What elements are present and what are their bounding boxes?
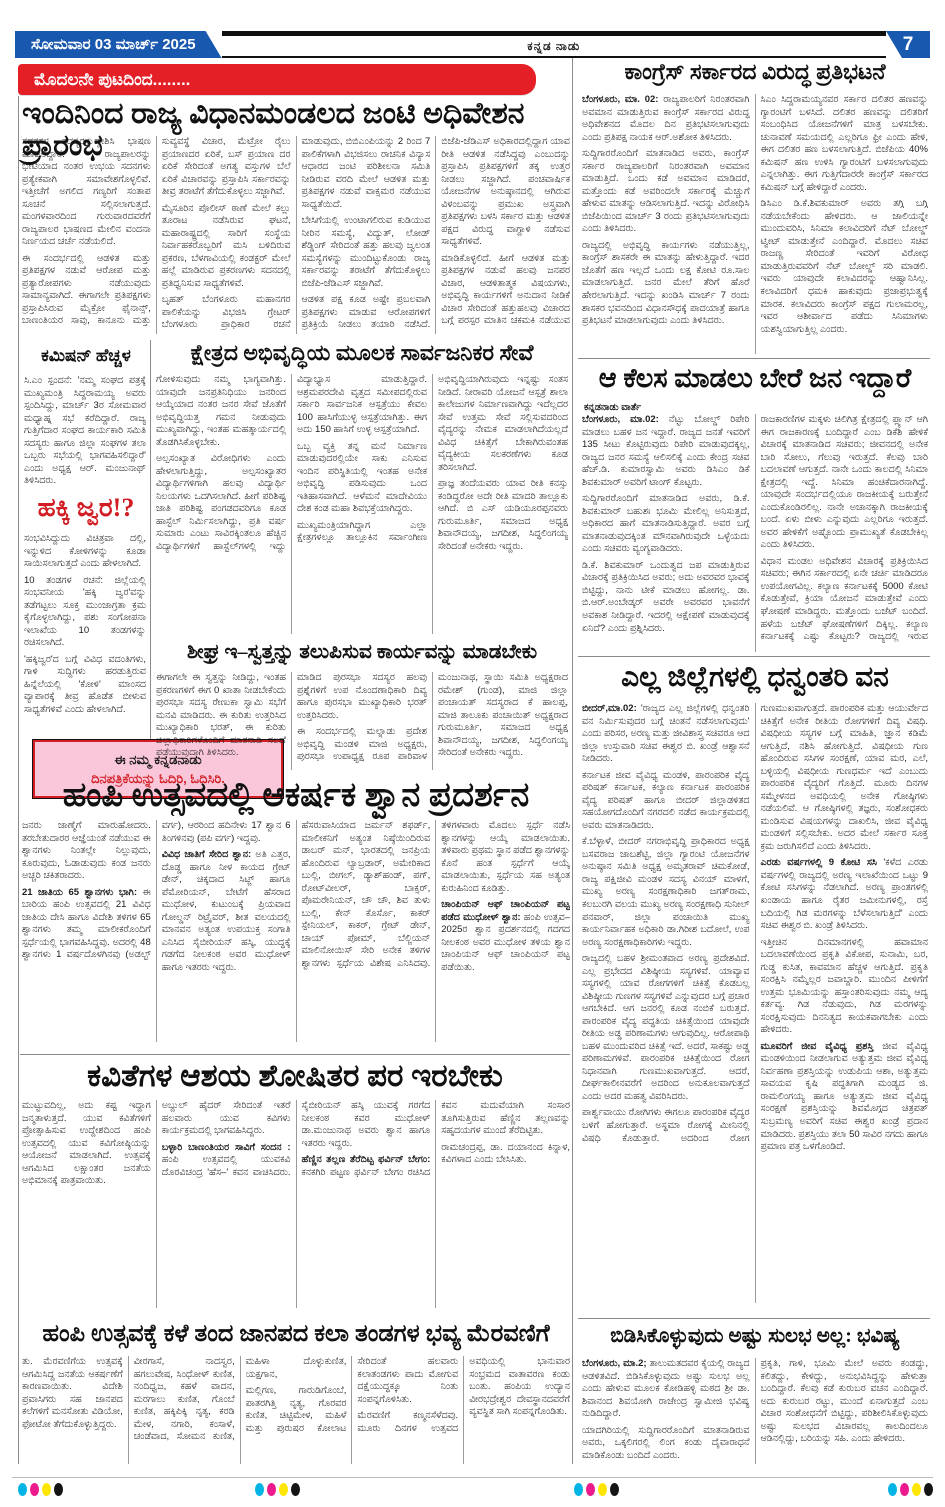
dhanvantari-top-rule (578, 656, 930, 657)
paper-name: ಕನ್ನಡ ನಾಡು (527, 39, 580, 54)
newspaper-page: ಸೋಮವಾರ 03 ಮಾರ್ಚ್ 2025 ಕನ್ನಡ ನಾಡು 7 ಮೊದಲನ… (0, 0, 945, 1507)
procession-body: ತು. ಮೆರವಣಿಗೆಯ ಉತ್ಸವಕ್ಕೆ ಆಗಮಿಸಿದ್ದ ಜನತೆಯ … (22, 1356, 570, 1464)
registration-dot (888, 1483, 897, 1496)
prophecy-top-rule (578, 1318, 930, 1319)
registration-marks-3 (574, 1483, 619, 1496)
other-people-top-rule (578, 358, 930, 359)
registration-dot (291, 1483, 300, 1496)
dog-show-headline: ಹಂಪಿ ಉತ್ಸವದಲ್ಲಿ ಆಕರ್ಷಕ ಶ್ವಾನ ಪ್ರದರ್ಶನ (24, 778, 568, 814)
commission-headline: ಕಮಿಷನ್ ಹೆಚ್ಚಳ (24, 347, 148, 365)
registration-dot (912, 1483, 921, 1496)
registration-dot (267, 1483, 276, 1496)
kshetra-headline: ಕ್ಷೇತ್ರದ ಅಭಿವೃದ್ಧಿಯ ಮೂಲಕ ಸಾರ್ವಜನಿಕರ ಸೇವೆ (156, 341, 568, 364)
registration-dot (18, 1483, 27, 1496)
dhanvantari-body: ಬೀದರ್,ಮಾ.02: 'ರಾಜ್ಯದ ಎಲ್ಲ ಜಿಲ್ಲೆಗಳಲ್ಲಿ ಧ… (582, 703, 928, 1303)
poetry-body: ಮುಟ್ಟುವದಿಲ್ಲ, ಅದು ಕಷ್ಟ ಇದ್ದಾಗ ಜನ್ಮತಾಳುತ್… (22, 1100, 570, 1308)
congress-protest-body: ಬೆಂಗಳೂರು, ಮಾ. 02: ರಾಜ್ಯಪಾಲರಿಗೆ ನಿರಂತರವಾಗ… (582, 94, 928, 354)
registration-dot (900, 1483, 909, 1496)
dog-show-body: ಜನರು ಜಾಣ್ಮೆಗೆ ಮಾರುಹೋದರು. ತರಬೇತುದಾರರ ಆಜ್ಞ… (22, 820, 570, 1042)
registration-marks-1 (18, 1483, 63, 1496)
poetry-top-rule (20, 1054, 570, 1055)
section-ribbon: ಮೊದಲನೇ ಪುಟದಿಂದ........ (18, 64, 536, 95)
registration-marks-4 (888, 1483, 933, 1496)
registration-dot (586, 1483, 595, 1496)
other-people-byline: ಕನ್ನಡನಾಡು ವಾರ್ತೆ (584, 402, 641, 413)
page-number: 7 (886, 31, 930, 58)
left-border-rule (18, 96, 19, 1464)
congress-protest-headline: ಕಾಂಗ್ರೆಸ್ ಸರ್ಕಾರದ ವಿರುದ್ಧ ಪ್ರತಿಭಟನೆ (582, 60, 928, 83)
registration-dot (924, 1483, 933, 1496)
prophecy-body: ಬೆಂಗಳೂರು, ಮಾ.2; ತಾಲುಮತದವರ ಕೈಯಲ್ಲಿ ರಾಜ್ಯದ… (582, 1358, 928, 1464)
dhanvantari-headline: ಎಲ್ಲ ಜಿಲ್ಲೆಗಳಲ್ಲಿ ಧನ್ವಂತರಿ ವನ (582, 663, 928, 692)
prophecy-headline: ಬಿಡಿಸಿಕೊಳ್ಳುವುದು ಅಷ್ಟು ಸುಲಭ ಅಲ್ಲ: ಭವಿಷ್ಯ (582, 1326, 928, 1347)
procession-headline: ಹಂಪಿ ಉತ್ಸವಕ್ಕೆ ಕಳೆ ತಂದ ಜಾನಪದ ಕಲಾ ತಂಡಗಳ ಭ… (24, 1322, 568, 1347)
bird-flu-headline: ಹಕ್ಕಿ ಜ್ವರ!? (24, 494, 148, 521)
lead-body: ಸದನಗಳ ಸದಸ್ಯರನ್ನುದ್ದೇಶಿಸಿ ಭಾಷಣ ಮಾಡಲಿದ್ದಾರ… (22, 136, 570, 334)
other-people-body: ಬೆಂಗಳೂರು, ಮಾ.02: ನೆಟ್ಟು ಬೋಲ್ಡ್ ರಿಪೇರಿ ಮಾ… (582, 414, 928, 652)
commission-body: ಸಿ.ಎಂ ಸ್ಪಂದನೆ: 'ನಮ್ಮ ಸಂಘದ ಪತ್ರಕ್ಕೆ ಮುಖ್ಯ… (24, 375, 146, 487)
registration-dot (574, 1483, 583, 1496)
registration-dot (255, 1483, 264, 1496)
eswattu-headline: ಶೀಘ್ರ ಇ–ಸ್ವತ್ತನ್ನು ತಲುಪಿಸುವ ಕಾರ್ಯವನ್ನು ಮ… (156, 642, 568, 663)
eswattu-body: ಈಗಾಗಲೇ ಈ ಸ್ವತ್ತನ್ನು ನೀಡಿದ್ದು, ಇಂತಹ ಪ್ರಕರ… (156, 672, 568, 770)
column1-divider-rule (150, 340, 151, 772)
registration-dot (30, 1483, 39, 1496)
other-people-headline: ಆ ಕೆಲಸ ಮಾಡಲು ಬೇರೆ ಜನ ಇದ್ದಾರೆ (582, 364, 928, 392)
masthead-date: ಸೋಮವಾರ 03 ಮಾರ್ಚ್ 2025 (15, 31, 222, 58)
registration-dot (279, 1483, 288, 1496)
masthead: ಸೋಮವಾರ 03 ಮಾರ್ಚ್ 2025 ಕನ್ನಡ ನಾಡು 7 (15, 31, 930, 58)
registration-dot (54, 1483, 63, 1496)
footer-rule (12, 1477, 933, 1478)
registration-marks-2 (255, 1483, 300, 1496)
kshetra-body: ಗೋಳಿಸುವುದು ನಮ್ಮ ಭಾಗ್ಯವಾಗಿತ್ತು. ಯಾವುದೇ ಜನ… (156, 374, 568, 634)
masthead-band: ಕನ್ನಡ ನಾಡು (222, 31, 886, 58)
center-divider-rule (572, 58, 573, 1464)
registration-dot (598, 1483, 607, 1496)
poetry-headline: ಕವಿತೆಗಳ ಆಶಯ ಶೋಷಿತರ ಪರ ಇರಬೇಕು (30, 1060, 560, 1093)
registration-dot (42, 1483, 51, 1496)
bird-flu-body: ಸಂಭವಿಸಿದ್ದುದು ವಿಚಿತ್ರವಾ ದಲ್ಲಿ, ಇನ್ನುಳಿದ … (24, 533, 146, 733)
registration-dot (610, 1483, 619, 1496)
